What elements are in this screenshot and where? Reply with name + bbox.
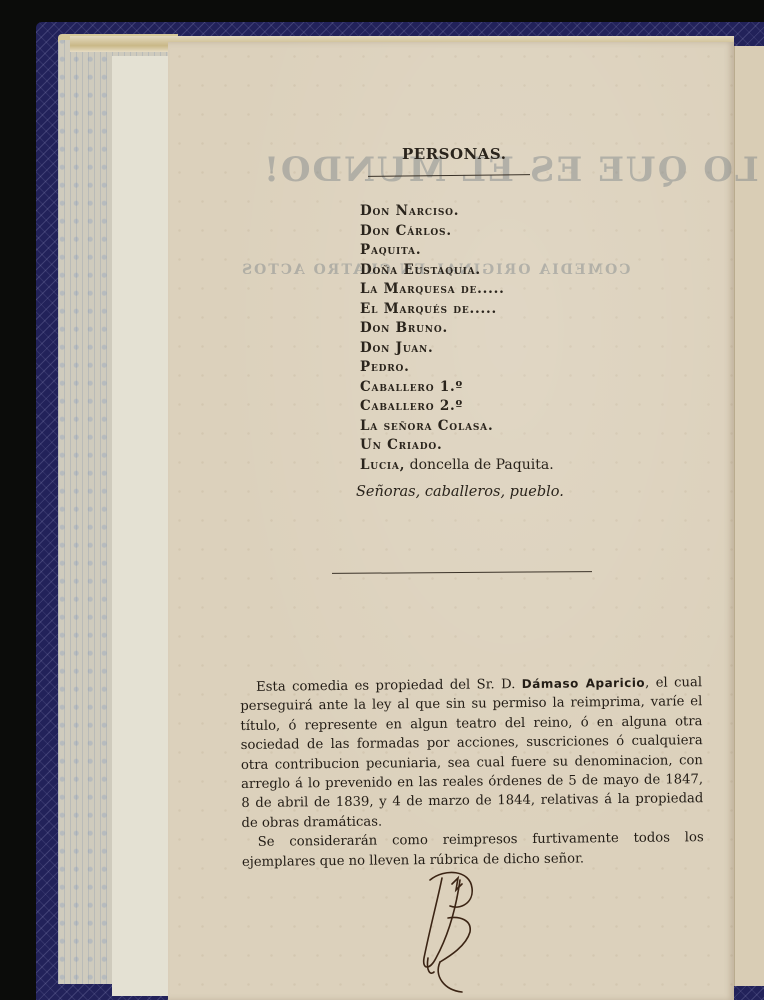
- cast-item: Don Cárlos.: [360, 222, 554, 242]
- cast-item: Caballero 1.º: [360, 378, 554, 398]
- bleed-through-title: ¡LO QUE ES EL MUNDO!: [262, 150, 764, 190]
- cast-item: Lucia, doncella de Paquita.: [360, 456, 554, 476]
- cast-list: Don Narciso. Don Cárlos. Paquita. Doña E…: [360, 202, 554, 475]
- copyright-notice: Esta comedia es propiedad del Sr. D. Dám…: [240, 673, 704, 872]
- cast-item: Pedro.: [360, 358, 554, 378]
- cast-item: Doña Eustaquia.: [360, 261, 554, 281]
- cast-item: Caballero 2.º: [360, 397, 554, 417]
- cast-item: Don Juan.: [360, 339, 554, 359]
- cast-item: El Marqués de.....: [360, 300, 554, 320]
- page-title: PERSONAS.: [402, 145, 506, 163]
- cast-item: Un Criado.: [360, 436, 554, 456]
- cast-item: Don Narciso.: [360, 202, 554, 222]
- notice-paragraph: Esta comedia es propiedad del Sr. D. Dám…: [240, 673, 704, 833]
- cast-item: Don Bruno.: [360, 319, 554, 339]
- cast-item: Paquita.: [360, 241, 554, 261]
- cast-item: La Marquesa de.....: [360, 280, 554, 300]
- signature-rubric-icon: [400, 858, 500, 998]
- owner-name: Dámaso Aparicio: [522, 676, 646, 691]
- extras-line: Señoras, caballeros, pueblo.: [356, 484, 564, 500]
- cast-item: La señora Colasa.: [360, 417, 554, 437]
